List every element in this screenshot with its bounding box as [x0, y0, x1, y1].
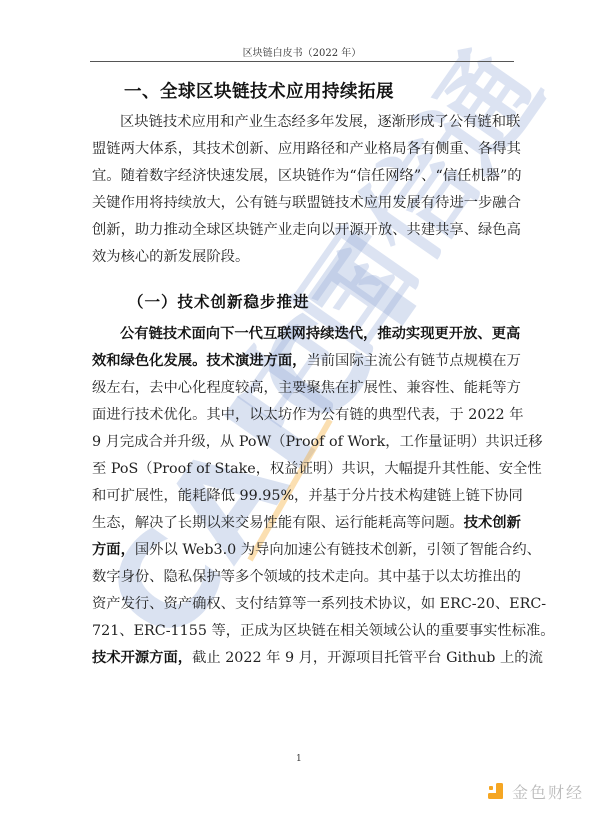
line-text: 国外以 Web3.0 为导向加速公有链技术创新，引领了智能合约、: [135, 542, 541, 558]
bold-lead: 技术开源方面，: [92, 650, 192, 666]
line-text: 生态，解决了长期以来交易性能有限、运行能耗高等问题。: [92, 515, 464, 531]
paragraph-line: 创新，助力推动全球区块链产业走向以开源开放、共建共享、绿色高: [92, 220, 513, 240]
paragraph-line: 区块链技术应用和产业生态经多年发展，逐渐形成了公有链和联: [120, 112, 513, 132]
jinse-logo: 金色财经: [486, 780, 584, 803]
paragraph-line: 技术开源方面，截止 2022 年 9 月，开源项目托管平台 Github 上的流: [92, 648, 513, 668]
paragraph-line: 资产发行、资产确权、支付结算等一系列技术协议，如 ERC-20、ERC-: [92, 594, 513, 614]
paragraph-line: 721、ERC-1155 等，正成为区块链在相关领域公认的重要事实性标准。: [92, 621, 513, 641]
bold-lead: 公有链技术面向下一代互联网持续迭代，推动实现更开放、更高: [120, 326, 520, 342]
paragraph-line: 9 月完成合并升级，从 PoW（Proof of Work，工作量证明）共识迁移: [92, 432, 513, 452]
bold-lead: 效和绿色化发展。技术演进方面，: [92, 353, 306, 369]
paragraph-line: 方面，国外以 Web3.0 为导向加速公有链技术创新，引领了智能合约、: [92, 540, 513, 560]
section-heading: 一、全球区块链技术应用持续拓展: [124, 78, 394, 103]
line-text: 当前国际主流公有链节点规模在万: [306, 353, 520, 369]
document-page: 区块链白皮书（2022 年） 一、全球区块链技术应用持续拓展 区块链技术应用和产…: [0, 0, 600, 815]
bold-lead: 方面，: [92, 542, 135, 558]
paragraph-line: 关键作用将持续放大，公有链与联盟链技术应用发展有待进一步融合: [92, 193, 513, 213]
logo-text: 金色财经: [512, 780, 584, 803]
logo-mark-icon: [486, 782, 506, 802]
paragraph-line: 宜。随着数字经济快速发展，区块链作为“信任网络”、“信任机器”的: [92, 166, 513, 186]
bold-lead: 技术创新: [464, 515, 521, 531]
page-number: 1: [296, 754, 302, 764]
paragraph-line: 生态，解决了长期以来交易性能有限、运行能耗高等问题。技术创新: [92, 513, 513, 533]
paragraph-line: 面进行技术优化。其中，以太坊作为公有链的典型代表，于 2022 年: [92, 405, 513, 425]
paragraph-line: 公有链技术面向下一代互联网持续迭代，推动实现更开放、更高: [120, 324, 513, 344]
header-divider: [90, 61, 514, 62]
paragraph-line: 级左右，去中心化程度较高，主要聚焦在扩展性、兼容性、能耗等方: [92, 378, 513, 398]
paragraph-line: 盟链两大体系，其技术创新、应用路径和产业格局各有侧重、各得其: [92, 139, 513, 159]
paragraph-line: 效和绿色化发展。技术演进方面，当前国际主流公有链节点规模在万: [92, 351, 513, 371]
paragraph-line: 和可扩展性，能耗降低 99.95%，并基于分片技术构建链上链下协同: [92, 486, 513, 506]
subsection-heading: （一）技术创新稳步推进: [128, 290, 310, 312]
paragraph-line: 效为核心的新发展阶段。: [92, 247, 513, 267]
running-header: 区块链白皮书（2022 年）: [90, 44, 514, 59]
paragraph-line: 至 PoS（Proof of Stake，权益证明）共识，大幅提升其性能、安全性: [92, 459, 513, 479]
paragraph-line: 数字身份、隐私保护等多个领域的技术走向。其中基于以太坊推出的: [92, 567, 513, 587]
line-text: 截止 2022 年 9 月，开源项目托管平台 Github 上的流: [192, 650, 543, 666]
